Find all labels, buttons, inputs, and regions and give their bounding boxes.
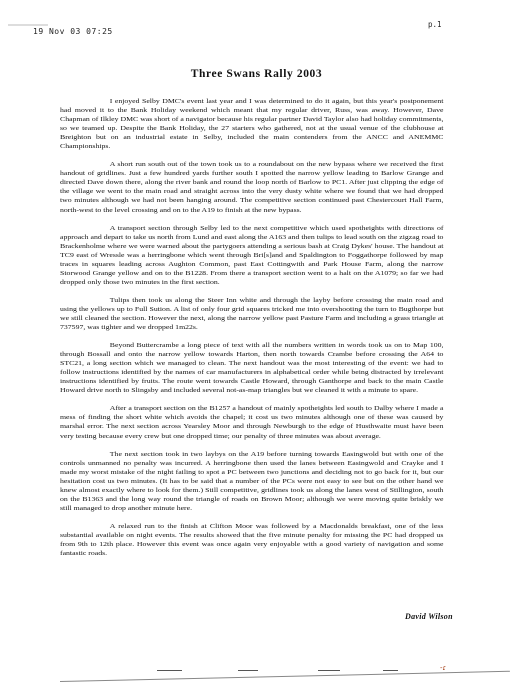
paragraph: The next section took in two laybys on t…	[60, 450, 443, 513]
document-title: Three Swans Rally 2003	[0, 68, 513, 80]
scan-dash	[383, 670, 398, 671]
paragraph: A short run south out of the town took u…	[60, 160, 443, 214]
paragraph: Beyond Buttercrambe a long piece of text…	[60, 341, 443, 395]
scan-dash	[318, 670, 340, 671]
paragraph: A relaxed run to the finish at Clifton M…	[60, 522, 443, 558]
paragraph: I enjoyed Selby DMC's event last year an…	[60, 97, 443, 151]
paragraph: Tulips then took us along the Steer Inn …	[60, 296, 443, 332]
scan-dash	[238, 670, 258, 671]
scan-smudge	[8, 24, 48, 26]
stray-mark: -ɾ	[440, 664, 446, 672]
paragraph: A transport section through Selby led to…	[60, 224, 443, 287]
scan-edge-line	[60, 671, 510, 682]
scan-dash	[157, 670, 182, 671]
page-number: p.1	[428, 20, 442, 29]
document-body: I enjoyed Selby DMC's event last year an…	[60, 97, 443, 567]
author-signature: David Wilson	[405, 612, 453, 621]
paragraph: After a transport section on the B1257 a…	[60, 404, 443, 440]
fax-timestamp: 19 Nov 03 07:25	[33, 27, 113, 36]
